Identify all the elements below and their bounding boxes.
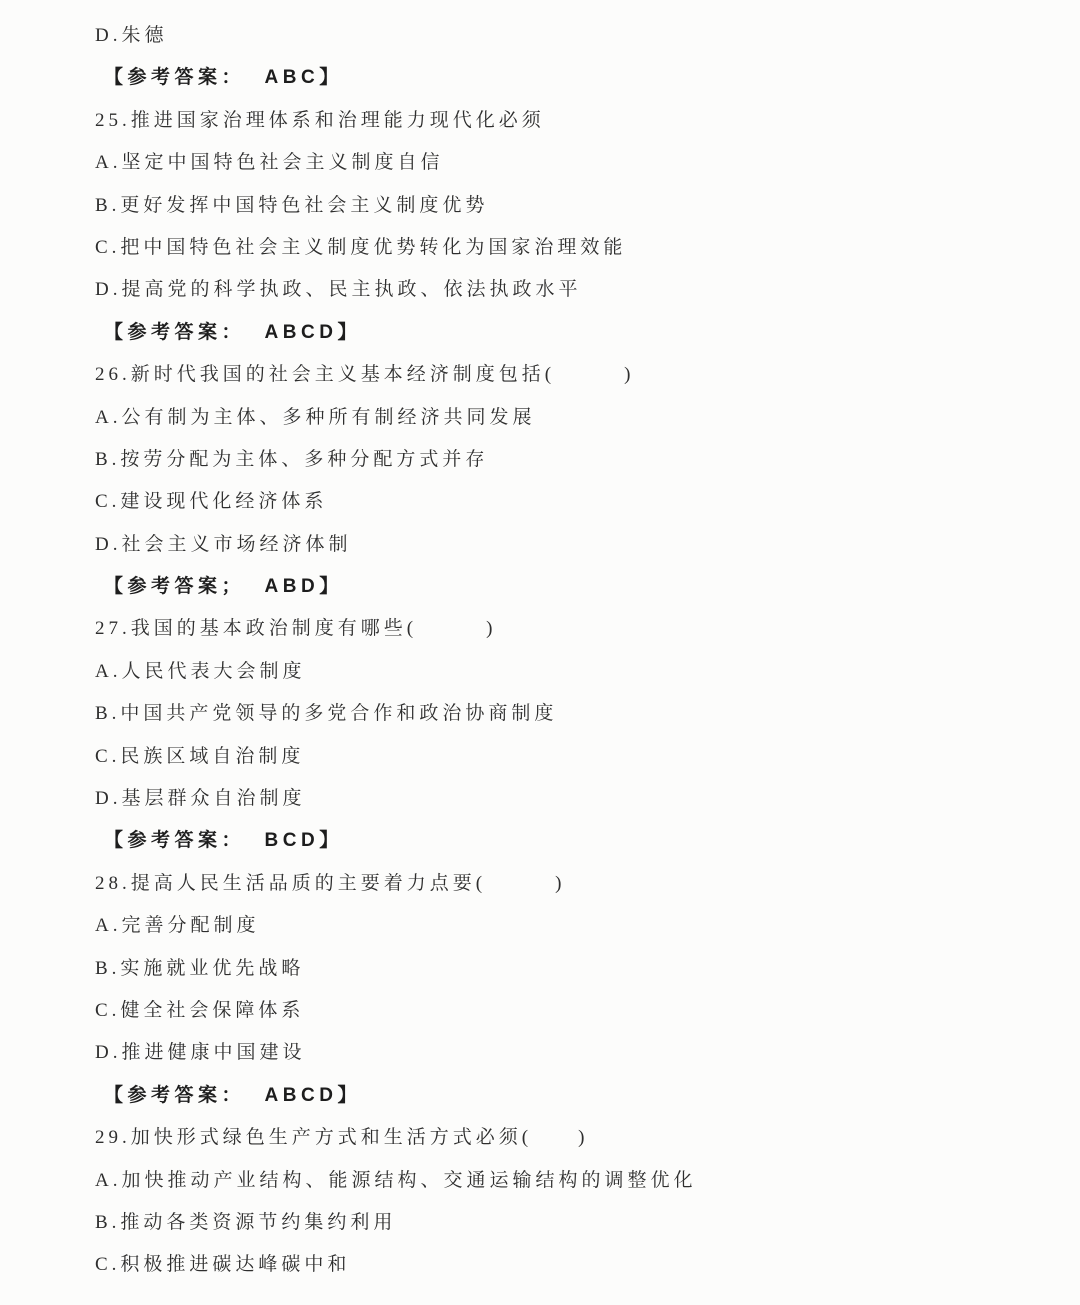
question-28-answer: 【参考答案： ABCD】 (95, 1075, 1050, 1117)
document-page: D.朱德 【参考答案： ABC】 25.推进国家治理体系和治理能力现代化必须 A… (0, 0, 1080, 1305)
question-26-answer: 【参考答案； ABD】 (95, 566, 1050, 608)
question-28-option-c: C.健全社会保障体系 (95, 990, 1050, 1032)
question-29-option-a: A.加快推动产业结构、能源结构、交通运输结构的调整优化 (95, 1160, 1050, 1202)
question-25-option-d: D.提高党的科学执政、民主执政、依法执政水平 (95, 269, 1050, 311)
prev-question-answer: 【参考答案： ABC】 (95, 57, 1050, 99)
question-25-option-b: B.更好发挥中国特色社会主义制度优势 (95, 185, 1050, 227)
question-26-stem: 26.新时代我国的社会主义基本经济制度包括( ) (95, 354, 1050, 396)
question-28-option-b: B.实施就业优先战略 (95, 948, 1050, 990)
question-25-stem: 25.推进国家治理体系和治理能力现代化必须 (95, 100, 1050, 142)
question-25-option-a: A.坚定中国特色社会主义制度自信 (95, 142, 1050, 184)
question-28-option-a: A.完善分配制度 (95, 905, 1050, 947)
question-28-option-d: D.推进健康中国建设 (95, 1032, 1050, 1074)
question-29-stem: 29.加快形式绿色生产方式和生活方式必须( ) (95, 1117, 1050, 1159)
question-26-option-a: A.公有制为主体、多种所有制经济共同发展 (95, 397, 1050, 439)
question-27-option-d: D.基层群众自治制度 (95, 778, 1050, 820)
question-27-stem: 27.我国的基本政治制度有哪些( ) (95, 608, 1050, 650)
question-26-option-c: C.建设现代化经济体系 (95, 481, 1050, 523)
question-27-answer: 【参考答案： BCD】 (95, 820, 1050, 862)
question-26-option-d: D.社会主义市场经济体制 (95, 524, 1050, 566)
question-27-option-b: B.中国共产党领导的多党合作和政治协商制度 (95, 693, 1050, 735)
question-25-answer: 【参考答案： ABCD】 (95, 312, 1050, 354)
question-27-option-a: A.人民代表大会制度 (95, 651, 1050, 693)
question-29-option-b: B.推动各类资源节约集约利用 (95, 1202, 1050, 1244)
prev-question-option-d: D.朱德 (95, 15, 1050, 57)
question-29-option-c: C.积极推进碳达峰碳中和 (95, 1244, 1050, 1286)
question-28-stem: 28.提高人民生活品质的主要着力点要( ) (95, 863, 1050, 905)
question-27-option-c: C.民族区域自治制度 (95, 736, 1050, 778)
question-25-option-c: C.把中国特色社会主义制度优势转化为国家治理效能 (95, 227, 1050, 269)
question-26-option-b: B.按劳分配为主体、多种分配方式并存 (95, 439, 1050, 481)
